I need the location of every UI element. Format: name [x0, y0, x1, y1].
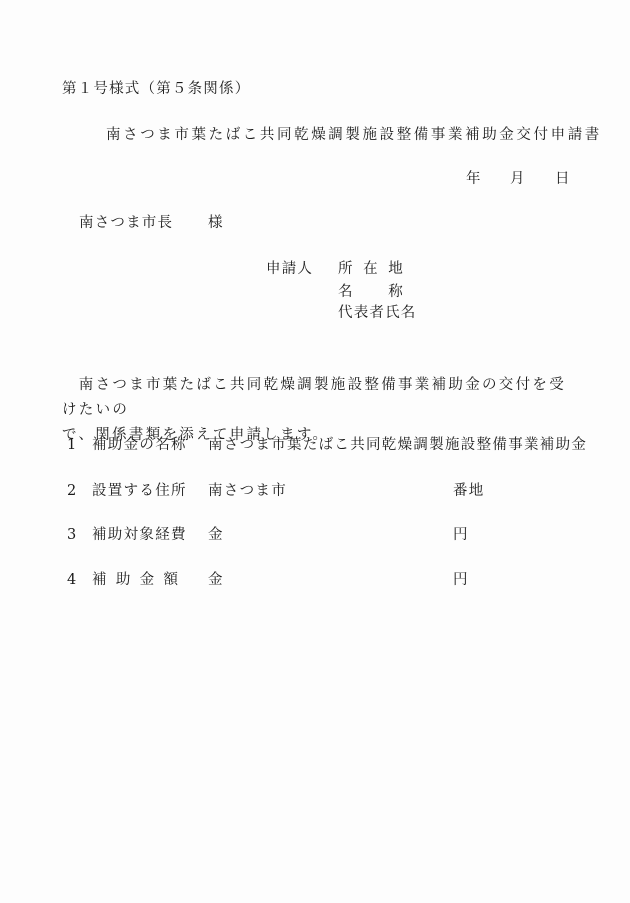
addressee-honorific: 様: [208, 216, 223, 231]
applicant-label: 申請人: [266, 262, 313, 277]
applicant-representative-label: 代表者氏名: [338, 305, 417, 321]
applicant-name-field: 名称: [338, 285, 404, 300]
item-suffix: 円: [453, 573, 469, 588]
applicant-representative-field: 代表者氏名: [338, 306, 417, 321]
item-suffix: 番地: [453, 484, 485, 499]
item-label: 設置する住所: [92, 484, 187, 499]
item-number: 1: [67, 438, 76, 453]
item-label: 補助金の名称: [92, 438, 187, 453]
item-value: 金: [208, 573, 224, 588]
applicant-address-field: 所在地: [338, 262, 404, 277]
statement-line-1: 南さつま市葉たばこ共同乾燥調製施設整備事業補助金の交付を受けたいの: [62, 373, 582, 423]
applicant-name-label: 名称: [338, 285, 404, 300]
date-day-label: 日: [555, 172, 570, 187]
item-number: 2: [67, 484, 76, 499]
item-value: 南さつま市葉たばこ共同乾燥調製施設整備事業補助金: [208, 438, 587, 453]
item-label: 補助対象経費: [92, 528, 187, 543]
document-title: 南さつま市葉たばこ共同乾燥調製施設整備事業補助金交付申請書: [106, 128, 602, 143]
addressee-name: 南さつま市長: [79, 216, 173, 231]
date-month-label: 月: [510, 172, 525, 187]
applicant-address-label: 所在地: [338, 262, 404, 277]
item-suffix: 円: [453, 528, 469, 543]
item-number: 4: [67, 573, 76, 588]
item-value: 南さつま市: [208, 484, 287, 499]
item-number: 3: [67, 528, 76, 543]
date-year-label: 年: [466, 172, 481, 187]
form-number: 第１号様式（第５条関係）: [62, 82, 250, 97]
item-label: 補助金額: [92, 573, 178, 588]
item-value: 金: [208, 528, 224, 543]
